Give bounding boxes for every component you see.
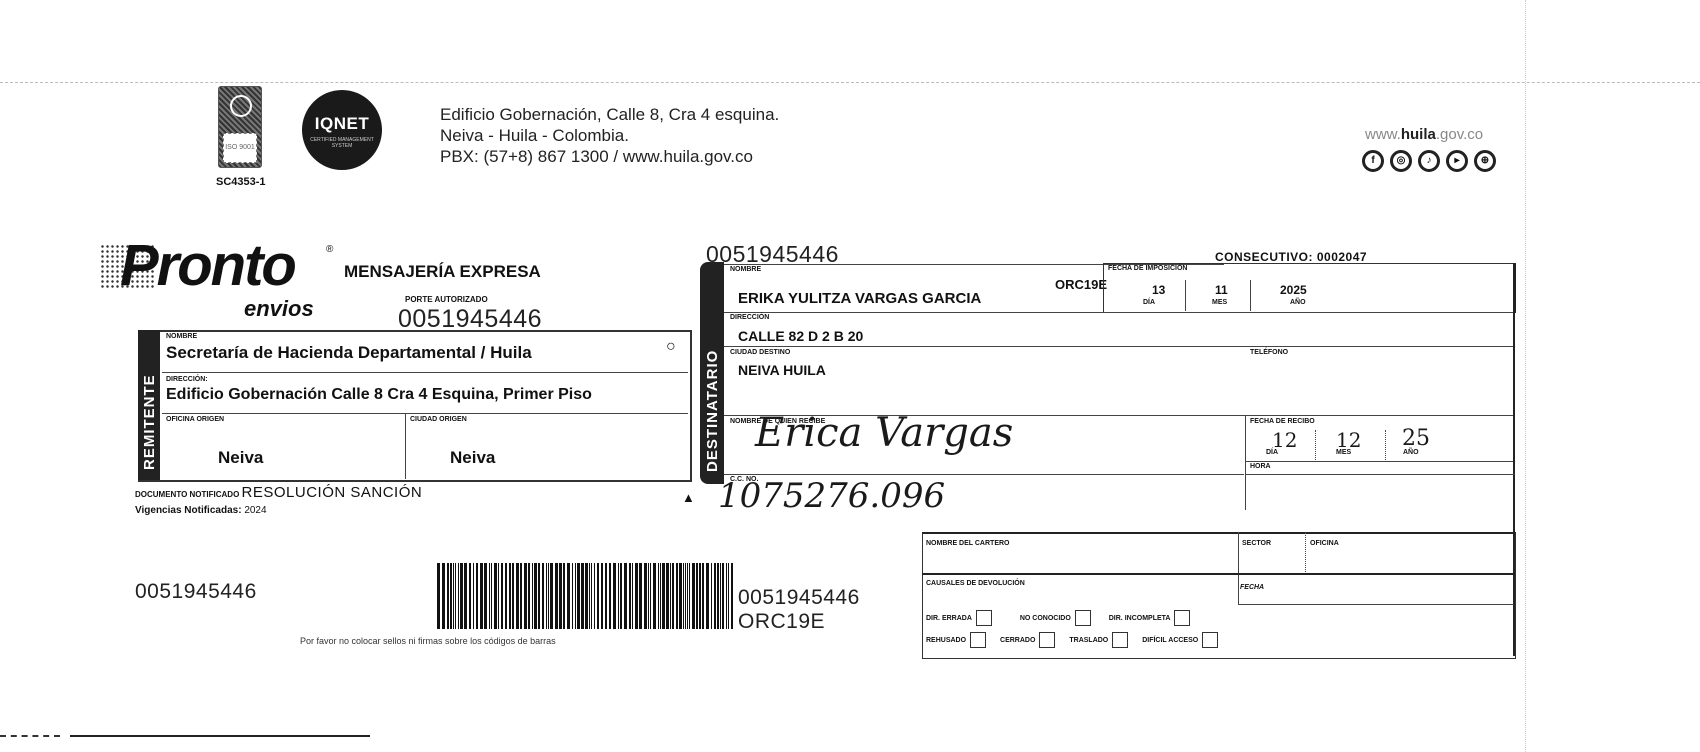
cause-checkbox-dificil-acceso[interactable] [1202,632,1218,648]
sender-address-label: DIRECCIÓN: [166,376,208,383]
divider [1250,280,1251,311]
recipient-name: ERIKA YULITZA VARGAS GARCIA [738,290,981,307]
cause-label: CERRADO [1000,637,1035,644]
posting-year-label: AÑO [1290,299,1306,306]
service-name: MENSAJERÍA EXPRESA [344,262,541,282]
office-label: OFICINA [1310,540,1339,547]
posting-date-label: FECHA DE IMPOSICIÓN [1108,265,1187,272]
notified-document: DOCUMENTO NOTIFICADO RESOLUCIÓN SANCIÓN [135,484,422,501]
recipient-address: CALLE 82 D 2 B 20 [738,328,863,344]
website-link[interactable]: www.huila.gov.co [1365,126,1483,143]
notified-document-value: RESOLUCIÓN SANCIÓN [242,484,423,501]
consecutive-number: CONSECUTIVO: 0002047 [1215,250,1367,264]
certification-ring-icon [230,95,252,117]
divider [162,372,688,373]
cause-checkbox-no-conocido[interactable] [1075,610,1091,626]
top-divider [0,82,1700,83]
id-handwritten: 1075276.096 [718,476,945,516]
receipt-year-label: AÑO [1403,449,1419,456]
facebook-icon[interactable]: f [1362,150,1384,172]
divider [1305,532,1306,572]
pronto-logo: Pronto [120,236,295,296]
cause-label: NO CONOCIDO [1020,615,1071,622]
recipient-address-label: DIRECCIÓN [730,314,769,321]
origin-office-label: OFICINA ORIGEN [166,416,224,423]
youtube-icon[interactable]: ▸ [1446,150,1468,172]
origin-office: Neiva [218,448,263,468]
recipient-side-label: DESTINATARIO [700,262,724,484]
receiver-signature: Erica Vargas [755,410,1013,456]
recipient-guide-number-bottom: 0051945446 [738,586,860,610]
phone-label: TELÉFONO [1250,349,1288,356]
social-icons: f ◎ ♪ ▸ ⊕ [1362,150,1496,172]
pronto-sub: envios [244,296,314,322]
receipt-day-label: DÍA [1266,449,1278,456]
recipient-side-text: DESTINATARIO [704,350,721,472]
notified-document-label: DOCUMENTO NOTIFICADO [135,490,239,499]
iqnet-sub: CERTIFIED MANAGEMENT SYSTEM [302,137,382,149]
return-cause-row-2: REHUSADO CERRADO TRASLADO DIFÍCIL ACCESO [926,632,1222,648]
bottom-divider-line [70,735,370,737]
receipt-month-label: MES [1336,449,1351,456]
divider [1245,461,1515,462]
website-suffix: .gov.co [1436,126,1483,143]
destination-city: NEIVA HUILA [738,362,826,378]
return-causes-label: CAUSALES DE DEVOLUCIÓN [926,580,1025,587]
return-date-label: FECHA [1240,584,1264,591]
cause-label: REHUSADO [926,637,966,644]
instagram-icon[interactable]: ◎ [1390,150,1412,172]
sender-side-label: REMITENTE [138,330,160,480]
cause-checkbox-dir-incompleta[interactable] [1174,610,1190,626]
website-bold: huila [1401,126,1436,143]
posting-year: 2025 [1280,283,1307,297]
triangle-marker-icon: ▲ [682,490,695,505]
posting-day-label: DÍA [1143,299,1155,306]
cause-label: DIFÍCIL ACCESO [1142,637,1198,644]
web-icon[interactable]: ⊕ [1474,150,1496,172]
divider [405,413,406,479]
divider [724,474,1244,475]
notified-years-value: 2024 [244,505,266,516]
receipt-year: 25 [1402,426,1430,451]
cause-checkbox-dir-errada[interactable] [976,610,992,626]
iqnet-logo: IQNET CERTIFIED MANAGEMENT SYSTEM [302,90,382,170]
posting-month: 11 [1215,283,1228,297]
divider [1315,430,1316,460]
sender-address: Edificio Gobernación Calle 8 Cra 4 Esqui… [166,386,592,404]
posting-month-label: MES [1212,299,1227,306]
divider [1385,430,1386,460]
fold-guide [1525,0,1526,752]
cert-label: ISO 9001 [223,133,257,163]
divider [1185,280,1186,311]
origin-city-label: CIUDAD ORIGEN [410,416,467,423]
cause-checkbox-rehusado[interactable] [970,632,986,648]
registered-mark: ® [326,244,333,255]
notified-years-label: Vigencias Notificadas: [135,505,242,516]
cause-label: DIR. INCOMPLETA [1109,615,1171,622]
receipt-date-label: FECHA DE RECIBO [1250,418,1315,425]
route-code-bottom: ORC19E [738,610,825,634]
address-line-2: Neiva - Huila - Colombia. [440,125,779,146]
icontec-certification-logo: ISO 9001 [218,86,262,168]
website-prefix: www. [1365,126,1401,143]
letterhead-address: Edificio Gobernación, Calle 8, Cra 4 esq… [440,104,779,167]
divider [922,573,1514,575]
divider [1238,532,1239,604]
hour-label: HORA [1250,463,1271,470]
tiktok-icon[interactable]: ♪ [1418,150,1440,172]
address-line-1: Edificio Gobernación, Calle 8, Cra 4 esq… [440,104,779,125]
barcode-note: Por favor no colocar sellos ni firmas so… [300,636,556,646]
cause-label: TRASLADO [1069,637,1108,644]
address-line-3: PBX: (57+8) 867 1300 / www.huila.gov.co [440,146,779,167]
divider [1238,604,1514,605]
notified-years: Vigencias Notificadas: 2024 [135,505,267,516]
cause-label: DIR. ERRADA [926,615,972,622]
sender-name-label: NOMBRE [166,333,197,340]
divider [724,312,1514,313]
route-code: ORC19E [1055,277,1107,292]
consecutive-label: CONSECUTIVO: [1215,250,1313,264]
cause-checkbox-cerrado[interactable] [1039,632,1055,648]
cause-checkbox-traslado[interactable] [1112,632,1128,648]
iqnet-label: IQNET [302,114,382,134]
barcode [437,563,733,629]
posting-day: 13 [1152,283,1165,297]
guide-number-bottom: 0051945446 [135,580,257,604]
cert-code: SC4353-1 [216,176,266,188]
divider [1245,415,1246,510]
divider [162,413,688,414]
origin-city: Neiva [450,448,495,468]
sector-label: SECTOR [1242,540,1271,547]
sender-name: Secretaría de Hacienda Departamental / H… [166,343,532,363]
divider [724,346,1514,347]
return-cause-row-1: DIR. ERRADA NO CONOCIDO DIR. INCOMPLETA [926,610,1194,626]
courier-name-label: NOMBRE DEL CARTERO [926,540,1009,547]
sender-side-text: REMITENTE [141,374,158,470]
porte-label: PORTE AUTORIZADO [405,295,488,304]
divider [1245,474,1515,475]
destination-city-label: CIUDAD DESTINO [730,349,790,356]
bottom-divider-dash [0,735,60,737]
consecutive-value: 0002047 [1317,250,1367,264]
recipient-name-label: NOMBRE [730,266,761,273]
